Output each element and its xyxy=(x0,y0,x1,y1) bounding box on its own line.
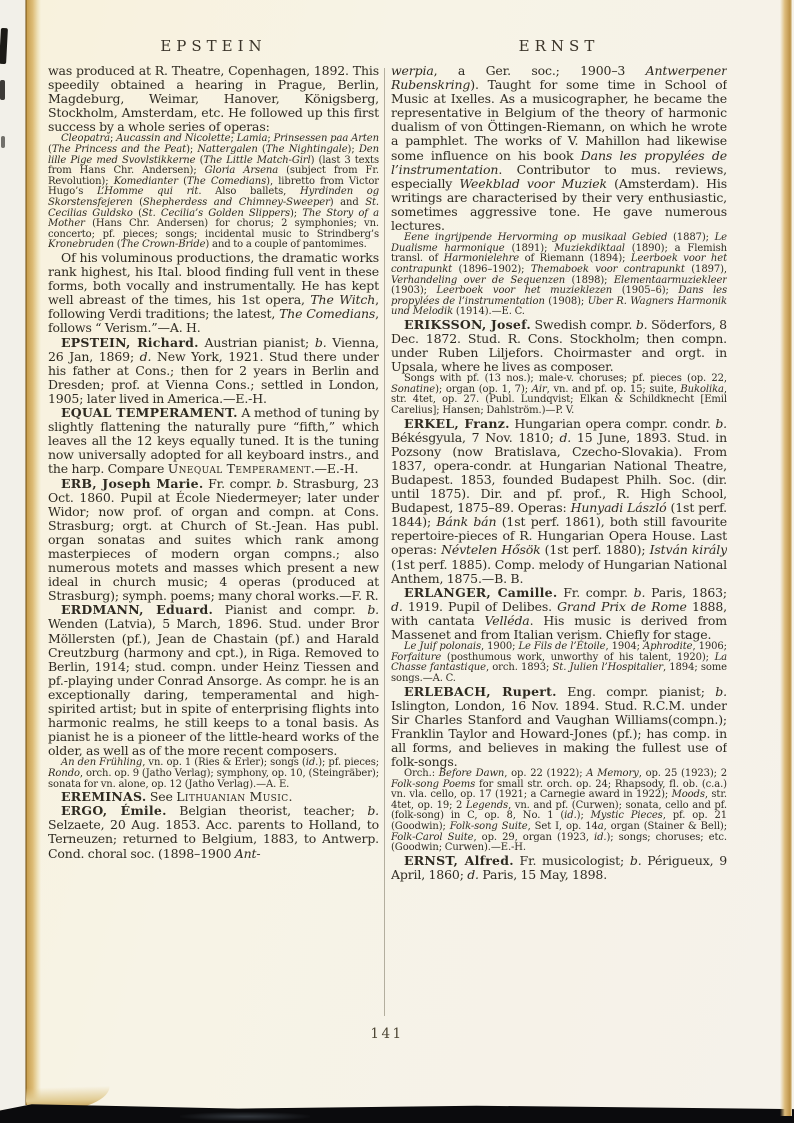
text-run: (1887); xyxy=(667,232,714,243)
running-head-left: EPSTEIN xyxy=(48,37,379,55)
text-run: Aucassin and Nicolette xyxy=(116,133,230,144)
text-run: Elementaarmuziekleer xyxy=(614,275,727,286)
text-run: (1891); xyxy=(505,243,555,254)
book-spine-edge xyxy=(26,0,41,1105)
text-run: (posthumous work, unworthy of his talent… xyxy=(441,652,714,663)
text-run: , Set I, op. 14 xyxy=(528,821,598,832)
text-run: Paris, 15 May, 1898. xyxy=(479,867,607,882)
text-run: The Witch xyxy=(310,292,375,307)
text-run: István király xyxy=(650,542,727,557)
text-run: Grand Prix de Rome xyxy=(557,599,687,614)
text-run: ); organ (op. 1, 7); xyxy=(435,384,532,395)
ergo-works: Eene ingrijpende Hervorming op musikaal … xyxy=(391,233,727,318)
text-run: Selzaete, 20 Aug. 1853. Acc. parents to … xyxy=(48,817,379,860)
text-run: Lamia xyxy=(237,133,268,144)
running-head-right: ERNST xyxy=(391,37,727,55)
text-run: Strasburg, 23 Oct. 1860. Pupil at École … xyxy=(48,476,379,604)
entry-epstein-richard: EPSTEIN, Richard. Austrian pianist; b. V… xyxy=(48,336,379,406)
text-run: of Riemann (1894); xyxy=(519,253,631,264)
right-page-edge xyxy=(780,0,792,1116)
text-run: b. xyxy=(367,803,379,818)
text-run: Islington, London, 16 Nov. 1894. Stud. R… xyxy=(391,698,727,769)
text-run: EQUAL TEMPERAMENT. xyxy=(61,405,238,420)
text-run: Folk-Carol Suite xyxy=(391,832,474,843)
text-run: Forfaiture xyxy=(391,652,441,663)
text-run: Moods xyxy=(672,789,705,800)
text-run: Legends xyxy=(466,800,508,811)
text-run: d. xyxy=(391,599,403,614)
text-run: Velléda xyxy=(485,613,530,628)
text-run: Wenden (Latvia), 5 March, 1896. Stud. un… xyxy=(48,616,379,758)
text-run: , vn. and pf. op. 15; suite, xyxy=(547,384,681,395)
text-run: ) and xyxy=(330,197,365,208)
scanned-book-page: EPSTEIN ERNST was produced at R. Theatre… xyxy=(0,0,794,1123)
text-run: Cleopatra xyxy=(61,133,110,144)
text-run: Fr. musicologist; xyxy=(514,853,630,868)
text-run: The Comedians xyxy=(279,306,375,321)
text-run: , 1900; xyxy=(481,641,519,652)
text-run: , op. 29, organ (1923, xyxy=(474,832,594,843)
text-run: The Crown-Bride xyxy=(121,239,206,250)
text-run: ERLEBACH, Rupert. xyxy=(404,684,557,699)
text-run: , a Ger. soc.; 1900–3 xyxy=(434,64,646,78)
text-run: Air xyxy=(532,384,547,395)
entry-ernst-alfred: ERNST, Alfred. Fr. musicologist; b. Péri… xyxy=(391,854,727,882)
text-run: ); xyxy=(577,810,591,821)
entry-ereminas: EREMINAS. See Lithuanian Music. xyxy=(48,790,379,804)
text-run: , organ (Stainer & Bell); xyxy=(604,821,727,832)
text-run: d. xyxy=(467,867,479,882)
text-run: The Nightingale xyxy=(266,144,348,155)
text-run: b. xyxy=(634,585,646,600)
entry-erlanger-camille: ERLANGER, Camille. Fr. compr. b. Paris, … xyxy=(391,586,727,642)
text-run: A Memory xyxy=(586,768,638,779)
text-run: L’Homme qui rit xyxy=(97,186,198,197)
text-run: , op. 25 (1923); 2 xyxy=(639,768,727,779)
text-run: id. xyxy=(594,832,606,843)
entry-erkel-franz: ERKEL, Franz. Hungarian opera compr. con… xyxy=(391,417,727,586)
text-run: (1896–1902); xyxy=(452,264,531,275)
text-run: Kronebruden xyxy=(48,239,114,250)
text-run: Aphrodite xyxy=(643,641,693,652)
text-run: Sonatine xyxy=(391,384,435,395)
text-run: ); xyxy=(186,144,197,155)
text-run: Leerboek voor het muzieklezen xyxy=(436,285,612,296)
text-run: ); xyxy=(290,208,302,219)
text-run: Prinsessen paa Arten xyxy=(274,133,379,144)
text-run: ERNST, Alfred. xyxy=(404,853,514,868)
epstein-m-continuation: was produced at R. Theatre, Copenhagen, … xyxy=(48,64,379,134)
text-run: werpia xyxy=(391,64,434,78)
text-run: Paris, 1863; xyxy=(645,585,727,600)
text-run: The Little Match-Girl xyxy=(203,155,310,166)
entry-erdmann-eduard: ERDMANN, Eduard. Pianist and compr. b. W… xyxy=(48,603,379,758)
text-run: ( xyxy=(258,144,266,155)
text-run: Mystic Pieces xyxy=(591,810,663,821)
text-run: Harmonielehre xyxy=(444,253,519,264)
text-run: (1898); xyxy=(565,275,614,286)
text-run: Themaboek voor contrapunkt xyxy=(531,264,685,275)
text-run: St. Cecilia’s Golden Slippers xyxy=(142,208,290,219)
text-run: ERDMANN, Eduard. xyxy=(61,602,213,617)
text-run: Shepherdess and Chimney-Sweeper xyxy=(143,197,330,208)
text-run: b. xyxy=(715,684,727,699)
text-run: id. xyxy=(564,810,576,821)
text-run: Eng. compr. pianist; xyxy=(557,684,716,699)
book-spine-line xyxy=(25,0,27,1105)
right-text-column: werpia, a Ger. soc.; 1900–3 Antwerpener … xyxy=(391,64,727,1022)
text-run: (1908); xyxy=(545,296,588,307)
text-run: Rondo xyxy=(48,768,80,779)
text-run: Unequal Temperament xyxy=(168,461,311,476)
text-run: ERB, Joseph Marie. xyxy=(61,476,203,491)
text-run: .—E.-H. xyxy=(311,461,359,476)
text-run: (1914).—E. C. xyxy=(453,306,525,317)
text-run: ( xyxy=(178,176,187,187)
text-run: ( xyxy=(133,197,143,208)
text-run: Folk-song Poems xyxy=(391,779,475,790)
text-run: Verhandeling over de Sequenzen xyxy=(391,275,565,286)
text-run: , vn. op. 1 (Ries & Erler); songs ( xyxy=(142,757,306,768)
text-run: b. xyxy=(630,853,642,868)
text-run: Lithuanian Music xyxy=(176,789,288,804)
text-run: ( xyxy=(133,208,142,219)
text-run: See xyxy=(146,789,176,804)
erlanger-works: Le Juif polonais, 1900; Le Fils de l’Éto… xyxy=(391,642,727,684)
text-run: ); xyxy=(348,144,359,155)
text-run: Weekblad voor Muziek xyxy=(459,176,607,191)
text-run: b. xyxy=(315,335,327,350)
left-edge-ink-mark xyxy=(1,136,5,148)
text-run: , orch. op. 9 (Jatho Verlag); symphony, … xyxy=(48,768,379,790)
text-run: (1903); xyxy=(391,285,436,296)
text-run: b. xyxy=(276,476,288,491)
text-run: St. Julien l’Hospitalier xyxy=(553,662,663,673)
text-run: b. xyxy=(636,317,648,332)
text-run: (1st perf. 1880); xyxy=(541,542,650,557)
text-run: ( xyxy=(114,239,121,250)
text-run: Ant- xyxy=(235,846,261,861)
entry-equal-temperament: EQUAL TEMPERAMENT. A method of tuning by… xyxy=(48,406,379,476)
text-run: d. xyxy=(140,349,152,364)
text-run: ERLANGER, Camille. xyxy=(404,585,557,600)
text-run: Eene ingrijpende Hervorming op musikaal … xyxy=(404,232,667,243)
text-run: Swedish compr. xyxy=(531,317,636,332)
text-run: Before Dawn xyxy=(439,768,504,779)
text-run: Nattergalen xyxy=(197,144,257,155)
page-number: 141 xyxy=(48,1026,726,1042)
text-run: Békésgyula, 7 Nov. 1810; xyxy=(391,430,559,445)
entry-erlebach-rupert: ERLEBACH, Rupert. Eng. compr. pianist; b… xyxy=(391,685,727,770)
text-run: . xyxy=(289,789,293,804)
column-divider-rule xyxy=(384,68,385,1016)
text-run: , op. 22 (1922); xyxy=(504,768,586,779)
text-run: Austrian pianist; xyxy=(199,335,315,350)
text-run: (1905–6); xyxy=(612,285,678,296)
text-run: Bánk bán xyxy=(436,514,496,529)
text-run: Muziekdiktaal xyxy=(554,243,625,254)
text-run: Gloria Arsena xyxy=(205,165,278,176)
text-run: Fr. compr. xyxy=(203,476,276,491)
erlebach-works: Orch.: Before Dawn, op. 22 (1922); A Mem… xyxy=(391,769,727,854)
entry-eriksson-josef: ERIKSSON, Josef. Swedish compr. b. Söder… xyxy=(391,318,727,374)
text-run: ) and to a couple of pantomimes. xyxy=(205,239,366,250)
text-run: The Princess and the Peat xyxy=(52,144,186,155)
text-run: , orch. 1893; xyxy=(486,662,553,673)
text-run: b. xyxy=(367,602,379,617)
text-run: Bukolika xyxy=(680,384,724,395)
text-run: , 1906; xyxy=(693,641,727,652)
text-run: Fr. compr. xyxy=(557,585,633,600)
text-run: 1919. Pupil of Delibes. xyxy=(403,599,557,614)
eriksson-works: Songs with pf. (13 nos.); male-v. chorus… xyxy=(391,374,727,416)
text-run: Hungarian opera compr. condr. xyxy=(510,416,716,431)
text-run: (Hans Chr. Andersen) for chorus; 2 symph… xyxy=(48,218,379,240)
text-run: Songs with pf. (13 nos.); male-v. chorus… xyxy=(404,373,727,384)
text-run: Folk-song Suite xyxy=(450,821,528,832)
text-run: Komedianter xyxy=(114,176,178,187)
text-run: (1897), xyxy=(685,264,727,275)
text-run: d. xyxy=(559,430,571,445)
left-text-column: was produced at R. Theatre, Copenhagen, … xyxy=(48,64,379,1022)
text-run: (1st perf. 1885). Comp. melody of Hungar… xyxy=(391,557,727,586)
epstein-m-summary: Of his voluminous productions, the drama… xyxy=(48,251,379,336)
text-run: ERKEL, Franz. xyxy=(404,416,510,431)
epstein-m-works: Cleopatra; Aucassin and Nicolette; Lamia… xyxy=(48,134,379,251)
left-edge-ink-mark xyxy=(0,80,5,100)
text-run: . Also ballets, xyxy=(198,186,300,197)
text-run: ); pf. pieces; xyxy=(318,757,379,768)
text-run: Le Juif polonais xyxy=(404,641,481,652)
text-run: Hunyadi László xyxy=(571,500,667,515)
text-run: Orch.: xyxy=(404,768,439,779)
text-run: Belgian theorist, teacher; xyxy=(167,803,368,818)
text-run: Pianist and compr. xyxy=(213,602,367,617)
backdrop-glint xyxy=(180,1112,310,1121)
text-run: EPSTEIN, Richard. xyxy=(61,335,199,350)
ergo-continuation: werpia, a Ger. soc.; 1900–3 Antwerpener … xyxy=(391,64,727,233)
erdmann-works: An den Frühling, vn. op. 1 (Ries & Erler… xyxy=(48,758,379,790)
text-run: EREMINAS. xyxy=(61,789,146,804)
text-run: An den Frühling xyxy=(61,757,142,768)
text-run: Névtelen Hősök xyxy=(441,542,540,557)
text-run: id. xyxy=(306,757,318,768)
text-run: The Comedians xyxy=(187,176,266,187)
text-run: , 1904; xyxy=(605,641,643,652)
entry-erb-joseph-marie: ERB, Joseph Marie. Fr. compr. b. Strasbu… xyxy=(48,477,379,604)
text-run: was produced at R. Theatre, Copenhagen, … xyxy=(48,64,379,134)
text-run: Le Fils de l’Étoile xyxy=(519,641,606,652)
text-run: ERIKSSON, Josef. xyxy=(404,317,531,332)
entry-ergo-emile: ERGO, Émile. Belgian theorist, teacher; … xyxy=(48,804,379,860)
left-backdrop-edge xyxy=(0,0,26,1109)
text-run: ERGO, Émile. xyxy=(61,803,167,818)
text-run: b. xyxy=(715,416,727,431)
